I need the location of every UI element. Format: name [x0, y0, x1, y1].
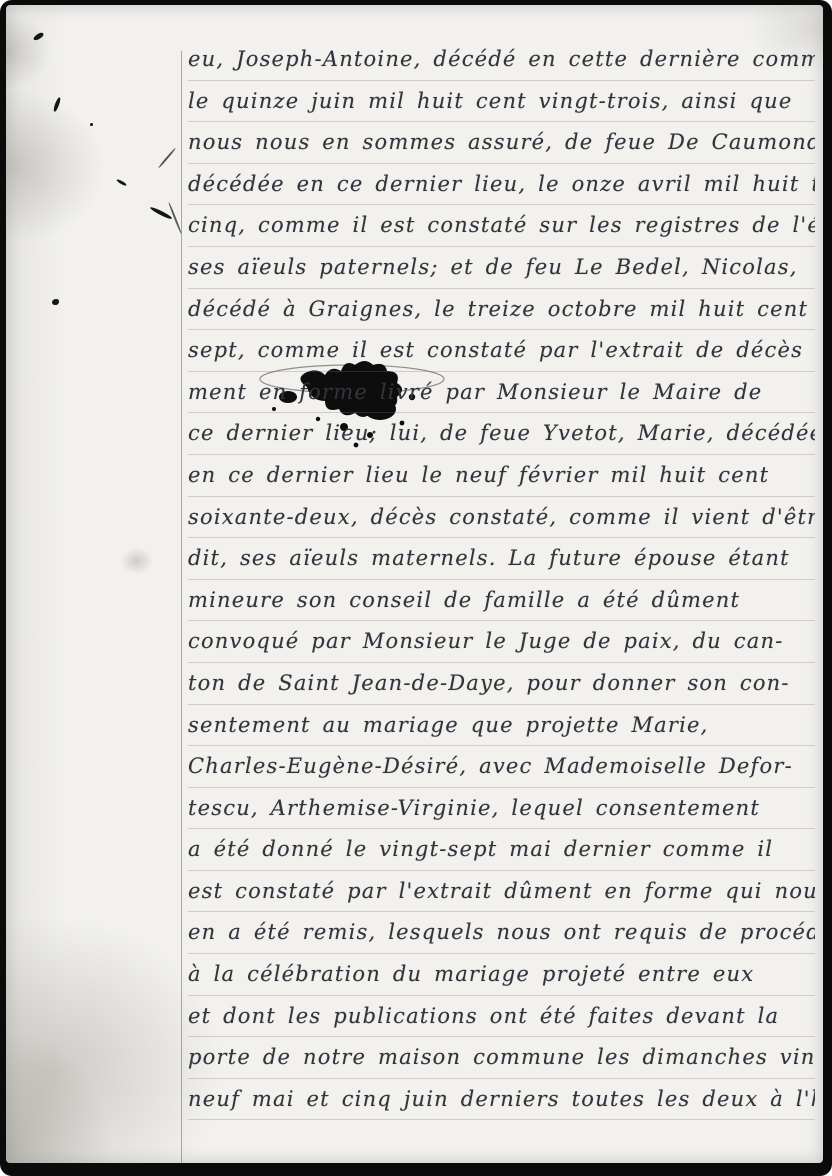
text-line: neuf mai et cinq juin derniers toutes le…	[188, 1079, 815, 1121]
text-line: nous nous en sommes assuré, de feue De C…	[188, 122, 815, 164]
text-line: à la célébration du mariage projeté entr…	[188, 954, 815, 996]
text-line: ton de Saint Jean-de-Daye, pour donner s…	[188, 663, 815, 705]
text-line: dit, ses aïeuls maternels. La future épo…	[188, 538, 815, 580]
text-line: le quinze juin mil huit cent vingt-trois…	[188, 81, 815, 123]
text-line: en ce dernier lieu le neuf février mil h…	[188, 455, 815, 497]
text-line: décédé à Graignes, le treize octobre mil…	[188, 289, 815, 331]
ink-speck	[32, 32, 44, 42]
text-line: tescu, Arthemise-Virginie, lequel consen…	[188, 788, 815, 830]
text-line: soixante-deux, décès constaté, comme il …	[188, 497, 815, 539]
text-line: sept, comme il est constaté par l'extrai…	[188, 330, 815, 372]
text-line: en a été remis, lesquels nous ont requis…	[188, 912, 815, 954]
scan-border: eu, Joseph-Antoine, décédé en cette dern…	[0, 0, 832, 1176]
text-line: Charles-Eugène-Désiré, avec Mademoiselle…	[188, 746, 815, 788]
text-line: convoqué par Monsieur le Juge de paix, d…	[188, 621, 815, 663]
text-line: est constaté par l'extrait dûment en for…	[188, 871, 815, 913]
text-line: et dont les publications ont été faites …	[188, 996, 815, 1038]
ink-speck	[90, 123, 93, 126]
text-line: a été donné le vingt-sept mai dernier co…	[188, 829, 815, 871]
text-line: décédée en ce dernier lieu, le onze avri…	[188, 164, 815, 206]
text-line: ce dernier lieu; lui, de feue Yvetot, Ma…	[188, 413, 815, 455]
text-line: porte de notre maison commune les dimanc…	[188, 1037, 815, 1079]
text-block: eu, Joseph-Antoine, décédé en cette dern…	[188, 39, 815, 1120]
margin-rule-line	[181, 51, 182, 1163]
text-line: eu, Joseph-Antoine, décédé en cette dern…	[188, 39, 815, 81]
ink-speck	[116, 178, 127, 186]
pen-stroke	[158, 147, 176, 168]
ink-speck	[52, 299, 59, 305]
text-line: sentement au mariage que projette Marie,	[188, 705, 815, 747]
text-line: ses aïeuls paternels; et de feu Le Bedel…	[188, 247, 815, 289]
text-line: ment en forme livré par Monsieur le Mair…	[188, 372, 815, 414]
text-line: mineure son conseil de famille a été dûm…	[188, 580, 815, 622]
ink-speck	[53, 97, 61, 113]
document-page: eu, Joseph-Antoine, décédé en cette dern…	[6, 5, 823, 1163]
ink-speck	[149, 206, 172, 221]
text-line: cinq, comme il est constaté sur les regi…	[188, 205, 815, 247]
